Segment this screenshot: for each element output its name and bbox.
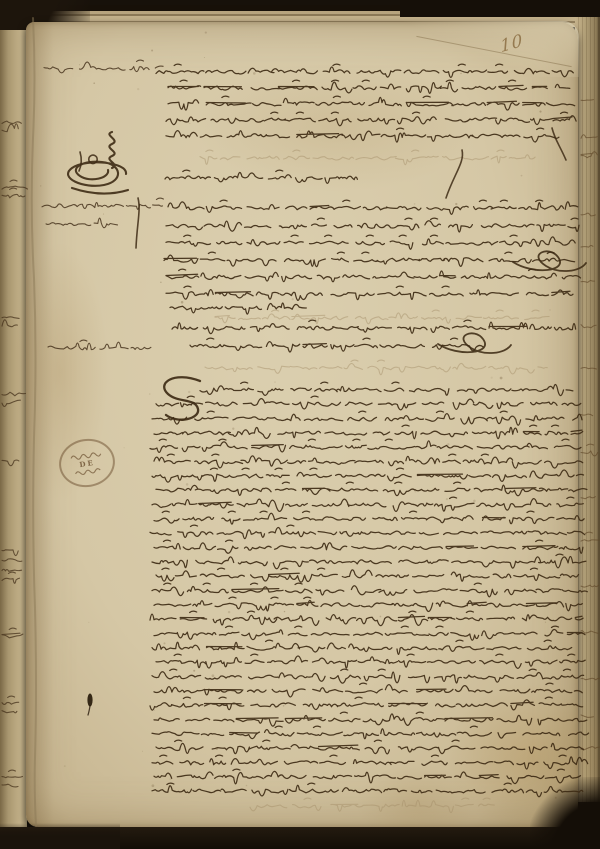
paper-stain xyxy=(196,62,476,192)
fold-crease-line xyxy=(416,36,571,67)
left-gutter-facing-page-edge xyxy=(0,0,27,849)
background-bottom-right-corner xyxy=(530,777,600,849)
background-bottom-left xyxy=(0,823,120,849)
stamp-illegible-bottom-line xyxy=(73,465,104,478)
right-fore-edge-page-stack xyxy=(575,16,600,802)
manuscript-page: 10 DE xyxy=(26,22,578,827)
bound-volume: 10 DE xyxy=(0,0,600,849)
archive-stamp: DE xyxy=(56,435,119,491)
corner-fold-crease xyxy=(404,21,579,77)
background-top-right xyxy=(400,0,600,17)
